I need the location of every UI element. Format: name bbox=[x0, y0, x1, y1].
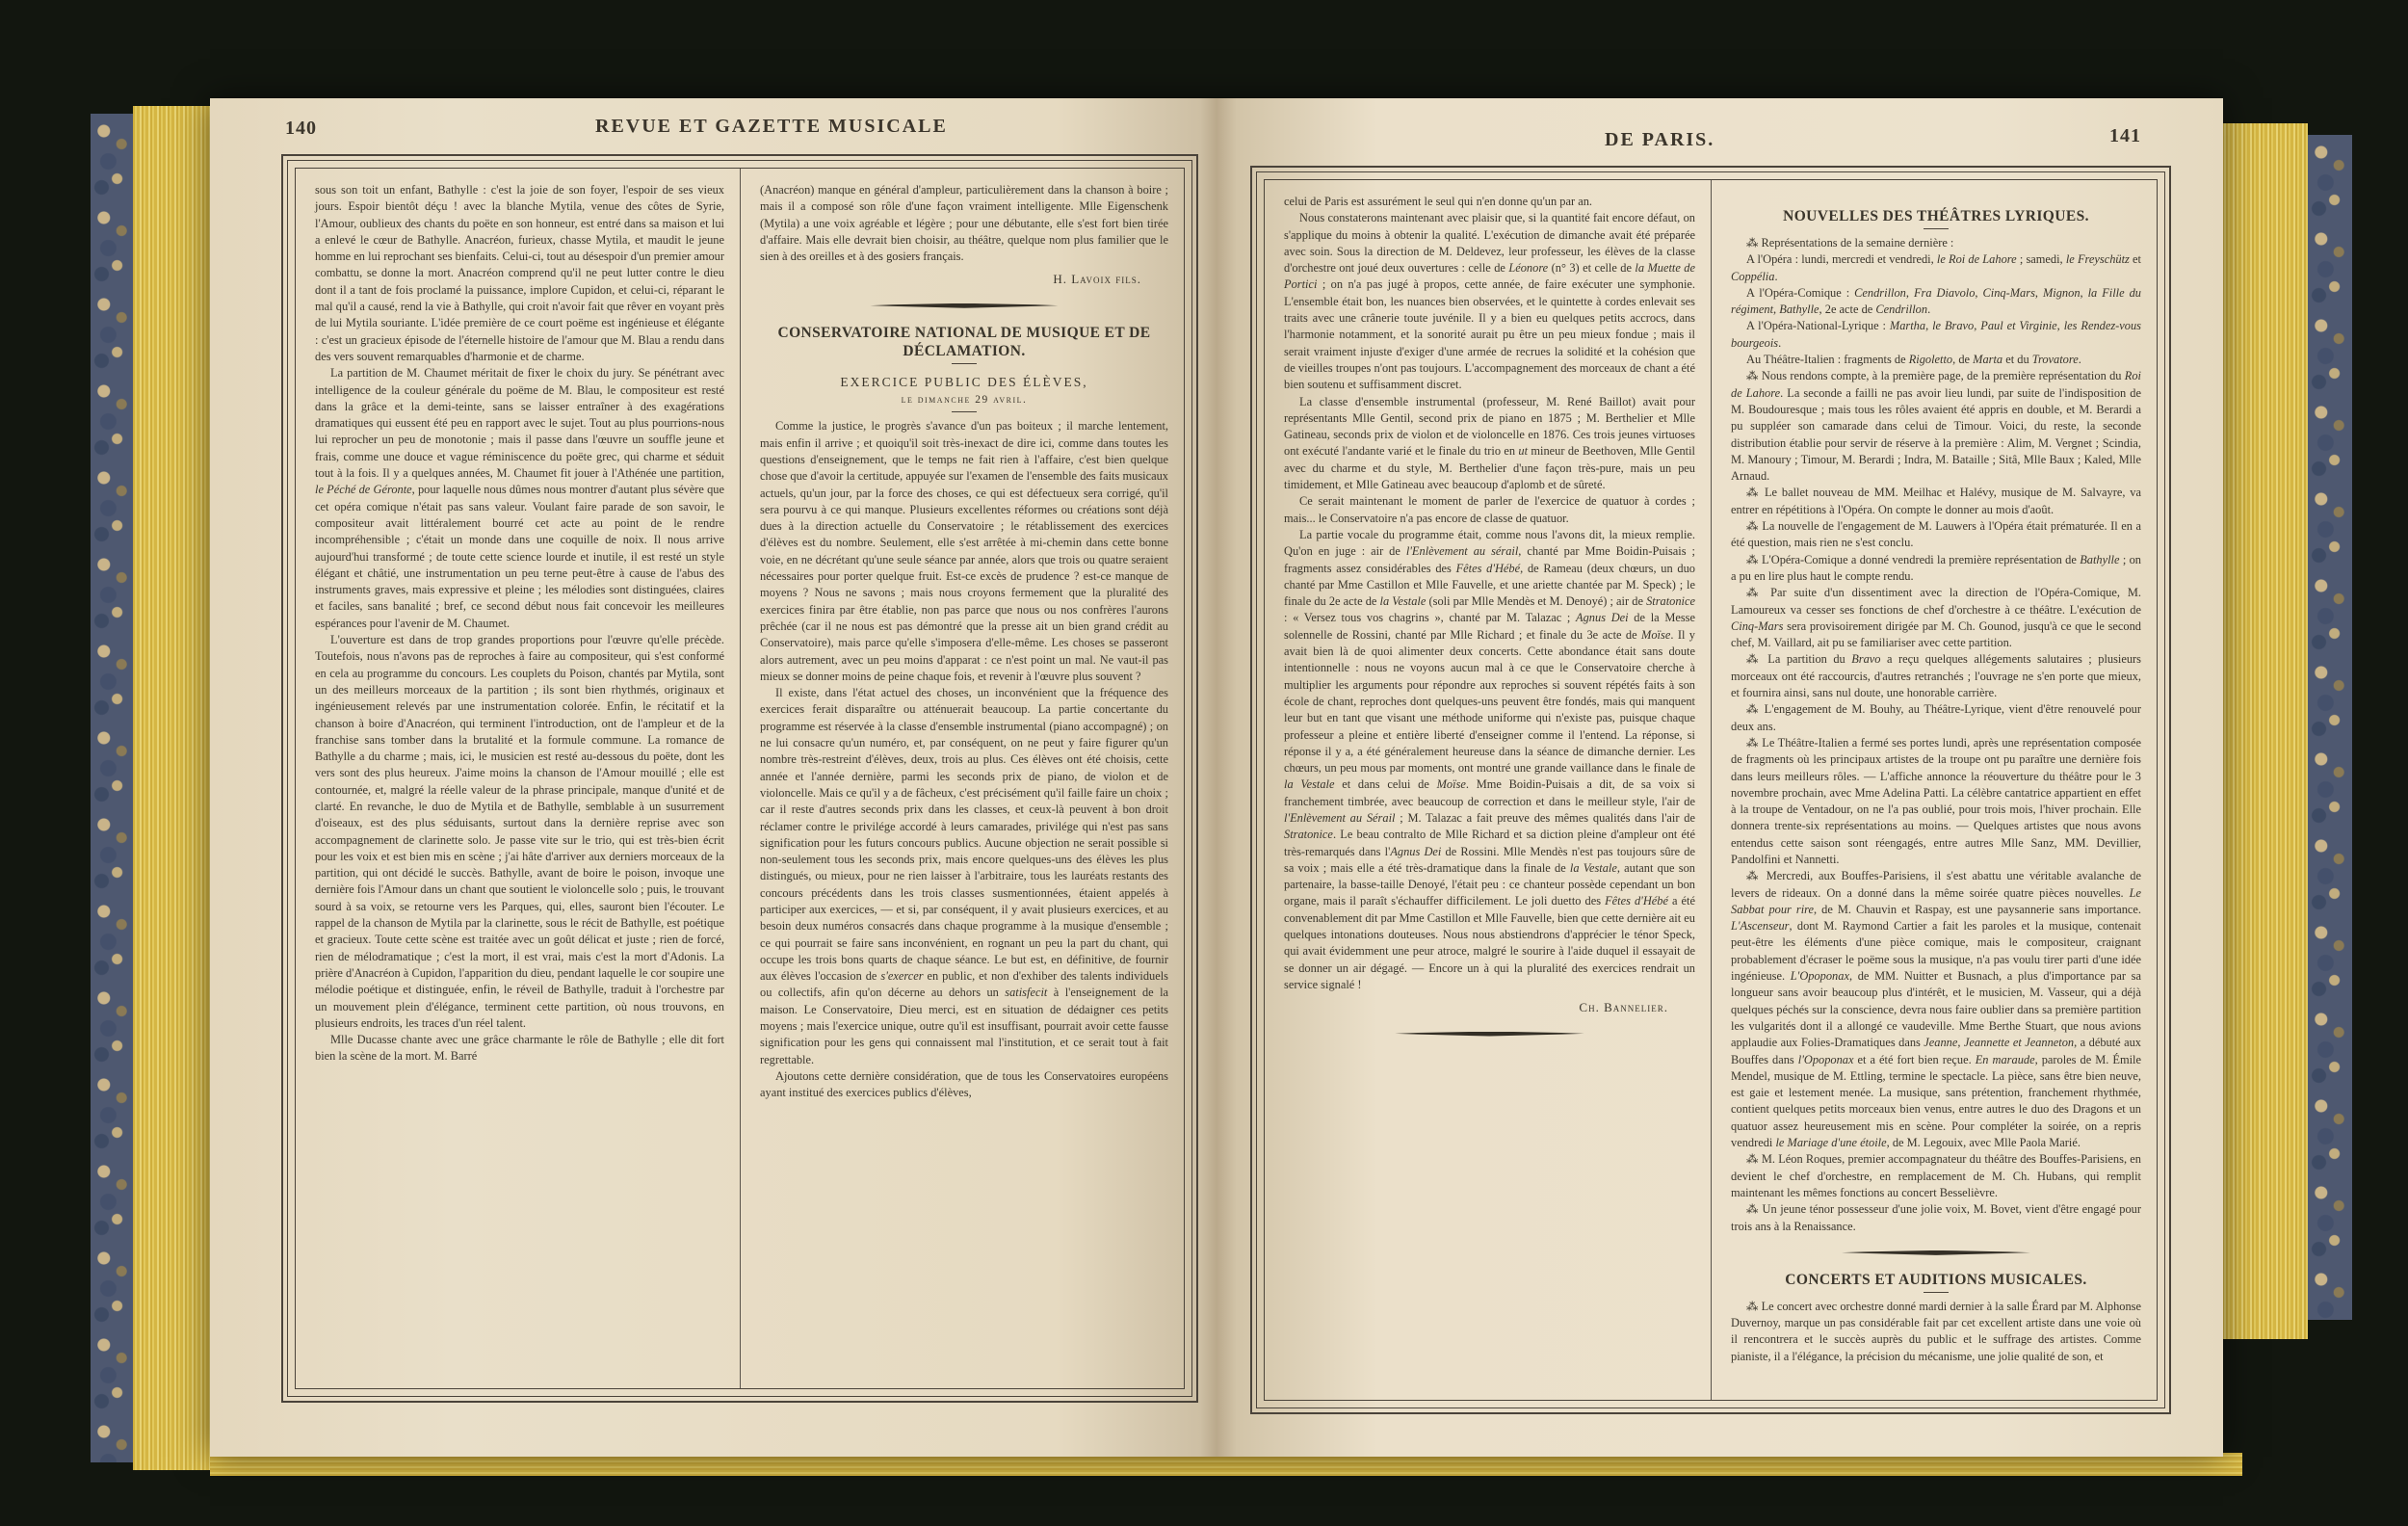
right-folio-number: 141 bbox=[2109, 125, 2141, 147]
paragraph: Nous constaterons maintenant avec plaisi… bbox=[1284, 210, 1695, 393]
left-running-title: REVUE ET GAZETTE MUSICALE bbox=[595, 116, 948, 138]
date-line: le dimanche 29 avril. bbox=[760, 392, 1168, 408]
paragraph: ⁂ L'engagement de M. Bouhy, au Théâtre-L… bbox=[1731, 701, 2141, 735]
right-cover-marbled-edge bbox=[2308, 135, 2352, 1320]
right-page-column-2: NOUVELLES DES THÉÂTRES LYRIQUES.⁂ Représ… bbox=[1711, 180, 2157, 1400]
section-heading: CONSERVATOIRE NATIONAL DE MUSIQUE ET DE … bbox=[760, 324, 1168, 360]
paragraph: Au Théâtre-Italien : fragments de Rigole… bbox=[1731, 352, 2141, 368]
sub-heading: EXERCICE PUBLIC DES ÉLÈVES, bbox=[760, 374, 1168, 390]
right-running-title: DE PARIS. bbox=[1605, 129, 1714, 151]
paragraph: ⁂ La nouvelle de l'engagement de M. Lauw… bbox=[1731, 518, 2141, 552]
left-page-column-2: (Anacréon) manque en général d'ampleur, … bbox=[740, 169, 1184, 1388]
dash-separator bbox=[1924, 228, 1949, 229]
paragraph: ⁂ Par suite d'un dissentiment avec la di… bbox=[1731, 585, 2141, 651]
left-page-frame: sous son toit un enfant, Bathylle : c'es… bbox=[281, 154, 1198, 1403]
author-signature: Ch. Bannelier. bbox=[1284, 999, 1668, 1015]
paragraph-continuation: (Anacréon) manque en général d'ampleur, … bbox=[760, 182, 1168, 265]
scanned-book-spread: 140 REVUE ET GAZETTE MUSICALE DE PARIS. … bbox=[0, 0, 2408, 1526]
paragraph: ⁂ Le concert avec orchestre donné mardi … bbox=[1731, 1299, 2141, 1365]
paragraph: Mlle Ducasse chante avec une grâce charm… bbox=[315, 1032, 724, 1066]
author-signature: H. Lavoix fils. bbox=[760, 271, 1141, 287]
right-page-column-1: celui de Paris est assurément le seul qu… bbox=[1265, 180, 1711, 1400]
paragraph: ⁂ Mercredi, aux Bouffes-Parisiens, il s'… bbox=[1731, 868, 2141, 1151]
paragraph: ⁂ Le Théâtre-Italien a fermé ses portes … bbox=[1731, 735, 2141, 868]
dash-separator bbox=[952, 363, 977, 364]
paragraph: Ajoutons cette dernière considération, q… bbox=[760, 1068, 1168, 1102]
paragraph: ⁂ L'Opéra-Comique a donné vendredi la pr… bbox=[1731, 552, 2141, 586]
right-page-frame: celui de Paris est assurément le seul qu… bbox=[1250, 166, 2171, 1414]
paragraph: ⁂ Nous rendons compte, à la première pag… bbox=[1731, 368, 2141, 485]
flourish-divider bbox=[870, 303, 1058, 308]
dash-separator bbox=[1924, 1292, 1949, 1293]
paragraph: A l'Opéra : lundi, mercredi et vendredi,… bbox=[1731, 251, 2141, 285]
flourish-divider bbox=[1842, 1250, 2030, 1255]
paragraph-continuation: sous son toit un enfant, Bathylle : c'es… bbox=[315, 182, 724, 365]
paragraph: La classe d'ensemble instrumental (profe… bbox=[1284, 394, 1695, 494]
left-cover-marbled-edge bbox=[91, 114, 133, 1462]
flourish-divider bbox=[1395, 1032, 1584, 1037]
paragraph: ⁂ La partition du Bravo a reçu quelques … bbox=[1731, 651, 2141, 701]
left-folio-number: 140 bbox=[285, 118, 317, 140]
paragraph: ⁂ Un jeune ténor possesseur d'une jolie … bbox=[1731, 1201, 2141, 1235]
right-page-fore-edge bbox=[2217, 123, 2308, 1339]
dash-separator bbox=[952, 411, 977, 412]
section-heading: NOUVELLES DES THÉÂTRES LYRIQUES. bbox=[1731, 207, 2141, 225]
paragraph: La partition de M. Chaumet méritait de f… bbox=[315, 365, 724, 632]
paragraph: ⁂ Représentations de la semaine dernière… bbox=[1731, 235, 2141, 251]
paragraph: ⁂ M. Léon Roques, premier accompagnateur… bbox=[1731, 1151, 2141, 1201]
section-heading: CONCERTS ET AUDITIONS MUSICALES. bbox=[1731, 1271, 2141, 1289]
left-page-fore-edge bbox=[133, 106, 210, 1470]
paragraph-continuation: celui de Paris est assurément le seul qu… bbox=[1284, 194, 1695, 210]
right-page-text-area: celui de Paris est assurément le seul qu… bbox=[1264, 179, 2158, 1401]
paragraph: La partie vocale du programme était, com… bbox=[1284, 527, 1695, 993]
paragraph: Comme la justice, le progrès s'avance d'… bbox=[760, 418, 1168, 685]
paragraph: Il existe, dans l'état actuel des choses… bbox=[760, 685, 1168, 1068]
paragraph: A l'Opéra-National-Lyrique : Martha, le … bbox=[1731, 318, 2141, 352]
paragraph: ⁂ Le ballet nouveau de MM. Meilhac et Ha… bbox=[1731, 485, 2141, 518]
paragraph: Ce serait maintenant le moment de parler… bbox=[1284, 493, 1695, 527]
paragraph: A l'Opéra-Comique : Cendrillon, Fra Diav… bbox=[1731, 285, 2141, 319]
left-page-text-area: sous son toit un enfant, Bathylle : c'es… bbox=[295, 168, 1185, 1389]
left-page-column-1: sous son toit un enfant, Bathylle : c'es… bbox=[296, 169, 740, 1388]
paragraph: L'ouverture est dans de trop grandes pro… bbox=[315, 632, 724, 1032]
